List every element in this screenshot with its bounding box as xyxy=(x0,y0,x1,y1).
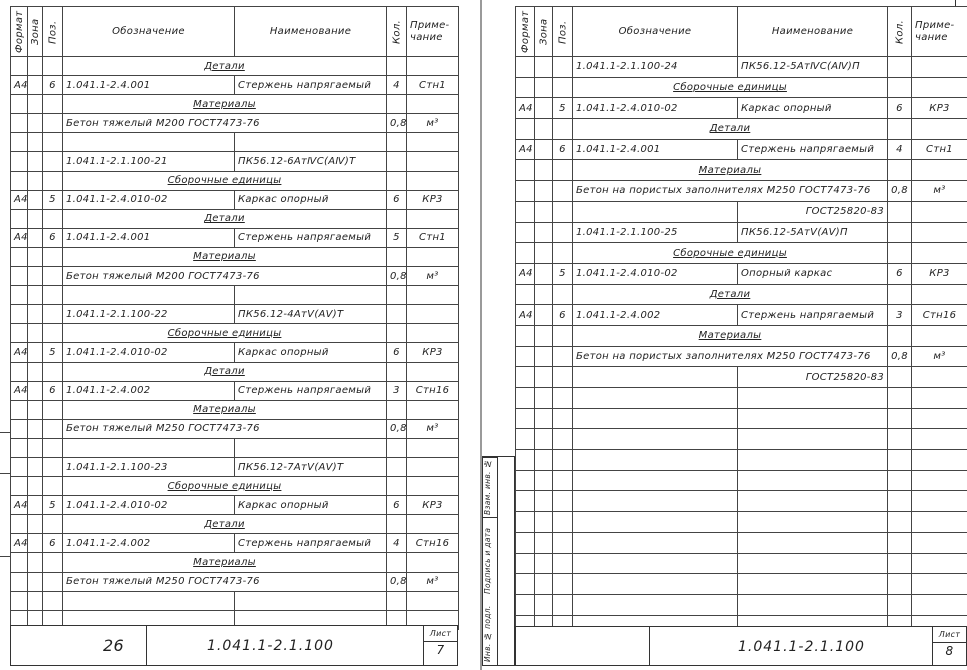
cell-name xyxy=(235,438,387,457)
cell-designation: 1.041.1-2.4.010-02 xyxy=(63,496,235,515)
cell-position xyxy=(43,362,63,381)
table-row: А461.041.1-2.4.002Стержень напрягаемый4С… xyxy=(11,534,459,553)
cell-zone xyxy=(535,98,553,119)
cell-designation xyxy=(573,470,738,491)
cell-zone xyxy=(28,572,43,591)
cell-format xyxy=(11,572,28,591)
cell-note: м³ xyxy=(407,267,459,286)
cell-format xyxy=(11,152,28,171)
cell-position xyxy=(553,408,573,429)
cell-zone xyxy=(28,57,43,76)
table-row: Материалы xyxy=(516,325,967,346)
section-heading: Материалы xyxy=(63,247,387,266)
cell-note xyxy=(912,512,967,533)
cell-quantity xyxy=(387,591,407,610)
cell-format xyxy=(11,305,28,324)
cell-position xyxy=(553,553,573,574)
table-row: Детали xyxy=(11,362,459,381)
table-row xyxy=(516,388,967,409)
cell-zone xyxy=(28,457,43,476)
table-row: Материалы xyxy=(11,400,459,419)
material-standard-continuation: ГОСТ25820-83 xyxy=(738,201,888,222)
cell-position xyxy=(43,171,63,190)
cell-position xyxy=(43,152,63,171)
cell-format: А4 xyxy=(11,190,28,209)
section-heading: Сборочные единицы xyxy=(63,171,387,190)
cell-position xyxy=(553,367,573,388)
cell-designation: 1.041.1-2.1.100-22 xyxy=(63,305,235,324)
table-header-row: ФорматЗонаПоз.ОбозначениеНаименованиеКол… xyxy=(11,7,459,57)
cell-designation xyxy=(63,438,235,457)
cell-position xyxy=(553,119,573,140)
cell-note xyxy=(912,77,967,98)
cell-quantity xyxy=(387,457,407,476)
sheet-number-box: Лист 8 xyxy=(932,627,966,665)
table-row: А461.041.1-2.4.001Стержень напрягаемый5С… xyxy=(11,228,459,247)
cell-designation: 1.041.1-2.4.001 xyxy=(573,139,738,160)
side-stamp-inv-original: Инв. № подл. xyxy=(483,603,497,665)
table-row: Детали xyxy=(11,57,459,76)
table-row: ГОСТ25820-83 xyxy=(516,201,967,222)
cell-note xyxy=(912,284,967,305)
cell-quantity xyxy=(888,408,912,429)
cell-note xyxy=(407,171,459,190)
cell-quantity: 0,8 xyxy=(387,267,407,286)
title-block: 1.041.1-2.1.100 Лист 8 xyxy=(515,626,967,666)
cell-format xyxy=(11,267,28,286)
table-row: Материалы xyxy=(11,247,459,266)
cell-format xyxy=(516,284,535,305)
cell-zone xyxy=(535,367,553,388)
cell-quantity xyxy=(888,284,912,305)
cell-designation xyxy=(63,286,235,305)
cell-zone xyxy=(535,77,553,98)
cell-quantity xyxy=(888,388,912,409)
cell-note xyxy=(912,470,967,491)
cell-position xyxy=(43,286,63,305)
side-stamp: Взам. инв. № Подпись и дата Инв. № подл. xyxy=(482,456,515,666)
section-heading: Детали xyxy=(63,57,387,76)
cell-format xyxy=(516,532,535,553)
cell-quantity xyxy=(387,95,407,114)
cell-name xyxy=(235,133,387,152)
cell-position xyxy=(43,591,63,610)
header-format: Формат xyxy=(516,7,535,57)
cell-designation: 1.041.1-2.4.001 xyxy=(63,228,235,247)
section-title: Сборочные единицы xyxy=(150,175,300,186)
cell-format: А4 xyxy=(11,534,28,553)
section-heading: Детали xyxy=(63,209,387,228)
cell-note: Стн1 xyxy=(407,76,459,95)
material-description: Бетон тяжелый М200 ГОСТ7473-76 xyxy=(63,267,387,286)
cell-quantity xyxy=(888,222,912,243)
cell-zone xyxy=(535,57,553,78)
cell-position xyxy=(43,457,63,476)
cell-zone xyxy=(535,139,553,160)
cell-zone xyxy=(28,190,43,209)
header-note: Приме- чание xyxy=(912,7,967,57)
cell-quantity xyxy=(387,305,407,324)
cell-format xyxy=(516,388,535,409)
cell-note xyxy=(407,362,459,381)
cell-name: Каркас опорный xyxy=(235,496,387,515)
header-position: Поз. xyxy=(553,7,573,57)
cell-position xyxy=(553,429,573,450)
cell-note xyxy=(912,594,967,615)
cell-note xyxy=(407,305,459,324)
cell-quantity xyxy=(387,553,407,572)
cell-note xyxy=(407,247,459,266)
cell-format xyxy=(11,286,28,305)
cell-name: Каркас опорный xyxy=(738,98,888,119)
cell-zone xyxy=(28,305,43,324)
cell-designation xyxy=(573,553,738,574)
cell-designation: 1.041.1-2.1.100-24 xyxy=(573,57,738,78)
section-title: Детали xyxy=(186,519,263,530)
cell-designation: 1.041.1-2.4.010-02 xyxy=(63,190,235,209)
cell-designation xyxy=(573,491,738,512)
cell-position: 5 xyxy=(553,263,573,284)
cell-format xyxy=(516,325,535,346)
cell-note xyxy=(407,591,459,610)
cell-format xyxy=(11,591,28,610)
cell-note xyxy=(407,457,459,476)
cell-position xyxy=(43,419,63,438)
material-description: Бетон на пористых заполнителях М250 ГОСТ… xyxy=(573,181,888,202)
side-stamp-signature-date: Подпись и дата xyxy=(483,517,497,603)
cell-position: 6 xyxy=(553,139,573,160)
cell-zone xyxy=(28,362,43,381)
cell-position: 5 xyxy=(43,343,63,362)
cell-quantity xyxy=(888,574,912,595)
cell-format: А4 xyxy=(516,98,535,119)
cell-note: Стн16 xyxy=(407,534,459,553)
cell-note: КР3 xyxy=(912,263,967,284)
header-zone: Зона xyxy=(28,7,43,57)
cell-name xyxy=(235,286,387,305)
cell-format: А4 xyxy=(11,496,28,515)
cell-format xyxy=(516,574,535,595)
cell-zone xyxy=(535,222,553,243)
cell-quantity: 6 xyxy=(387,190,407,209)
cell-note: м³ xyxy=(407,572,459,591)
cell-format xyxy=(516,512,535,533)
cell-zone xyxy=(535,408,553,429)
cell-quantity xyxy=(888,77,912,98)
table-row xyxy=(516,574,967,595)
cell-zone xyxy=(535,201,553,222)
cell-quantity xyxy=(387,438,407,457)
section-heading: Сборочные единицы xyxy=(573,77,888,98)
cell-quantity xyxy=(888,367,912,388)
cell-position xyxy=(43,515,63,534)
section-heading: Материалы xyxy=(63,400,387,419)
table-row: А461.041.1-2.4.001Стержень напрягаемый4С… xyxy=(516,139,967,160)
cell-note xyxy=(407,324,459,343)
table-row: Материалы xyxy=(11,553,459,572)
table-row: 1.041.1-2.1.100-25ПК56.12-5АтⅤ(АⅤ)П xyxy=(516,222,967,243)
material-standard-continuation: ГОСТ25820-83 xyxy=(738,367,888,388)
cell-format xyxy=(11,247,28,266)
cell-quantity xyxy=(888,119,912,140)
cell-name xyxy=(738,429,888,450)
cell-format xyxy=(11,95,28,114)
table-row: Сборочные единицы xyxy=(11,477,459,496)
cell-note xyxy=(912,201,967,222)
cell-format xyxy=(516,243,535,264)
cell-name: Стержень напрягаемый xyxy=(235,228,387,247)
section-title: Сборочные единицы xyxy=(150,328,300,339)
table-row: 1.041.1-2.1.100-22ПК56.12-4АтⅤ(АⅤ)Т xyxy=(11,305,459,324)
cell-note: м³ xyxy=(912,346,967,367)
cell-designation: 1.041.1-2.4.002 xyxy=(573,305,738,326)
sheet-number: 7 xyxy=(424,643,457,657)
cell-note xyxy=(912,222,967,243)
cell-zone xyxy=(535,574,553,595)
cell-quantity: 3 xyxy=(888,305,912,326)
section-heading: Сборочные единицы xyxy=(573,243,888,264)
section-heading: Детали xyxy=(63,362,387,381)
cell-note: м³ xyxy=(407,114,459,133)
cell-name: Стержень напрягаемый xyxy=(235,534,387,553)
header-quantity: Кол. xyxy=(387,7,407,57)
cell-quantity: 5 xyxy=(387,228,407,247)
table-row: Бетон тяжелый М200 ГОСТ7473-760,8м³ xyxy=(11,114,459,133)
cell-format xyxy=(11,419,28,438)
cell-zone xyxy=(28,324,43,343)
cell-quantity: 6 xyxy=(888,98,912,119)
cell-name xyxy=(738,408,888,429)
section-heading: Материалы xyxy=(63,553,387,572)
cell-zone xyxy=(28,553,43,572)
cell-position xyxy=(553,574,573,595)
cell-name: Стержень напрягаемый xyxy=(235,381,387,400)
cell-quantity xyxy=(888,57,912,78)
table-row: Сборочные единицы xyxy=(516,243,967,264)
table-row xyxy=(516,512,967,533)
section-title: Сборочные единицы xyxy=(655,82,805,93)
cell-format xyxy=(516,491,535,512)
table-row: Детали xyxy=(11,515,459,534)
sheet-number: 8 xyxy=(933,644,966,658)
cell-designation xyxy=(573,408,738,429)
cell-format: А4 xyxy=(516,263,535,284)
table-row: Детали xyxy=(516,119,967,140)
section-title: Сборочные единицы xyxy=(655,248,805,259)
cell-note xyxy=(912,160,967,181)
cell-name xyxy=(738,512,888,533)
cell-designation xyxy=(573,512,738,533)
table-row xyxy=(516,491,967,512)
table-row: Бетон тяжелый М250 ГОСТ7473-760,8м³ xyxy=(11,419,459,438)
cell-name xyxy=(738,491,888,512)
table-row: Бетон тяжелый М250 ГОСТ7473-760,8м³ xyxy=(11,572,459,591)
cell-position: 6 xyxy=(43,534,63,553)
header-position: Поз. xyxy=(43,7,63,57)
cell-format xyxy=(11,114,28,133)
cell-quantity xyxy=(888,243,912,264)
cell-name: Каркас опорный xyxy=(235,190,387,209)
cell-format xyxy=(11,324,28,343)
cell-designation: 1.041.1-2.4.010-02 xyxy=(63,343,235,362)
table-row: Сборочные единицы xyxy=(516,77,967,98)
cell-format: А4 xyxy=(11,381,28,400)
cell-designation: 1.041.1-2.4.001 xyxy=(63,76,235,95)
cell-quantity xyxy=(387,57,407,76)
cell-position xyxy=(553,512,573,533)
title-block: 26 1.041.1-2.1.100 Лист 7 xyxy=(10,625,458,666)
cell-quantity xyxy=(888,512,912,533)
cell-note: м³ xyxy=(912,181,967,202)
section-title: Детали xyxy=(186,366,263,377)
cell-designation xyxy=(573,201,738,222)
section-title: Материалы xyxy=(175,557,274,568)
table-row xyxy=(11,591,459,610)
cell-quantity: 0,8 xyxy=(387,572,407,591)
cell-quantity xyxy=(387,171,407,190)
cell-position xyxy=(43,114,63,133)
table-row: Сборочные единицы xyxy=(11,324,459,343)
cell-note xyxy=(912,450,967,471)
cell-format xyxy=(11,457,28,476)
cell-name xyxy=(738,450,888,471)
cell-zone xyxy=(535,450,553,471)
cell-position xyxy=(43,133,63,152)
cell-format: А4 xyxy=(11,76,28,95)
cell-position xyxy=(43,324,63,343)
table-row: 1.041.1-2.1.100-23ПК56.12-7АтⅤ(АⅤ)Т xyxy=(11,457,459,476)
cell-quantity: 4 xyxy=(387,534,407,553)
cell-note xyxy=(407,553,459,572)
specification-table: ФорматЗонаПоз.ОбозначениеНаименованиеКол… xyxy=(10,6,459,630)
cell-zone xyxy=(28,133,43,152)
cell-zone xyxy=(28,477,43,496)
cell-designation: 1.041.1-2.1.100-23 xyxy=(63,457,235,476)
table-row: Бетон тяжелый М200 ГОСТ7473-760,8м³ xyxy=(11,267,459,286)
table-row xyxy=(516,532,967,553)
cell-quantity xyxy=(387,286,407,305)
cell-zone xyxy=(28,171,43,190)
cell-zone xyxy=(28,95,43,114)
cell-position xyxy=(553,181,573,202)
cell-quantity xyxy=(387,152,407,171)
cell-zone xyxy=(28,247,43,266)
cell-note xyxy=(912,553,967,574)
cell-quantity xyxy=(387,209,407,228)
cell-designation xyxy=(573,532,738,553)
cell-position xyxy=(553,201,573,222)
cell-quantity xyxy=(888,553,912,574)
cell-quantity xyxy=(387,400,407,419)
cell-note xyxy=(912,491,967,512)
cell-position xyxy=(43,57,63,76)
cell-position xyxy=(553,222,573,243)
cell-designation: 1.041.1-2.4.010-02 xyxy=(573,263,738,284)
table-row: А451.041.1-2.4.010-02Опорный каркас6КР3 xyxy=(516,263,967,284)
cell-designation xyxy=(63,591,235,610)
table-row xyxy=(11,438,459,457)
cell-quantity xyxy=(387,133,407,152)
cell-zone xyxy=(28,152,43,171)
cell-format xyxy=(11,400,28,419)
cell-name: ПК56.12-4АтⅤ(АⅤ)Т xyxy=(235,305,387,324)
cell-format xyxy=(516,160,535,181)
cell-format: А4 xyxy=(516,139,535,160)
cell-note: м³ xyxy=(407,419,459,438)
cell-format xyxy=(11,171,28,190)
cell-designation xyxy=(573,388,738,409)
cell-note xyxy=(912,119,967,140)
cell-name xyxy=(235,591,387,610)
cell-position xyxy=(553,57,573,78)
cell-designation: 1.041.1-2.4.010-02 xyxy=(573,98,738,119)
cell-designation: 1.041.1-2.4.002 xyxy=(63,381,235,400)
table-row xyxy=(516,594,967,615)
cell-zone xyxy=(535,594,553,615)
cell-zone xyxy=(535,470,553,491)
section-heading: Материалы xyxy=(63,95,387,114)
cell-zone xyxy=(535,429,553,450)
sheet-label: Лист xyxy=(933,627,966,643)
cell-quantity xyxy=(888,201,912,222)
cell-designation xyxy=(573,450,738,471)
cell-quantity xyxy=(888,450,912,471)
table-row: ГОСТ25820-83 xyxy=(516,367,967,388)
cell-format xyxy=(11,477,28,496)
cell-note: КР3 xyxy=(407,190,459,209)
cell-zone xyxy=(535,263,553,284)
table-row xyxy=(11,133,459,152)
cell-note: КР3 xyxy=(912,98,967,119)
cell-format xyxy=(516,77,535,98)
cell-note: Стн1 xyxy=(912,139,967,160)
material-description: Бетон на пористых заполнителях М250 ГОСТ… xyxy=(573,346,888,367)
cell-position xyxy=(43,267,63,286)
section-title: Детали xyxy=(692,289,769,300)
cell-name xyxy=(738,594,888,615)
cell-designation xyxy=(573,367,738,388)
cell-note xyxy=(407,438,459,457)
cell-name: Стержень напрягаемый xyxy=(738,305,888,326)
cell-note xyxy=(407,400,459,419)
cell-note xyxy=(912,243,967,264)
table-row: Материалы xyxy=(516,160,967,181)
cell-zone xyxy=(28,114,43,133)
section-title: Детали xyxy=(186,213,263,224)
cell-zone xyxy=(28,438,43,457)
section-title: Детали xyxy=(692,123,769,134)
section-heading: Материалы xyxy=(573,325,888,346)
cell-format xyxy=(11,553,28,572)
document-code: 1.041.1-2.1.100 xyxy=(738,639,865,655)
cell-position xyxy=(553,160,573,181)
spec-sheet-page-7: ФорматЗонаПоз.ОбозначениеНаименованиеКол… xyxy=(0,0,474,670)
header-name: Наименование xyxy=(235,7,387,57)
cell-name: ПК56.12-5АтⅣС(АⅣ)П xyxy=(738,57,888,78)
cell-position xyxy=(43,438,63,457)
table-row: А461.041.1-2.4.002Стержень напрягаемый3С… xyxy=(516,305,967,326)
cell-note xyxy=(912,574,967,595)
cell-format xyxy=(516,181,535,202)
section-title: Материалы xyxy=(681,165,780,176)
cell-zone xyxy=(535,388,553,409)
cell-position xyxy=(553,284,573,305)
sheet-label: Лист xyxy=(424,626,457,642)
cell-format xyxy=(11,438,28,457)
section-title: Материалы xyxy=(175,99,274,110)
cell-position xyxy=(553,325,573,346)
cell-position xyxy=(553,346,573,367)
